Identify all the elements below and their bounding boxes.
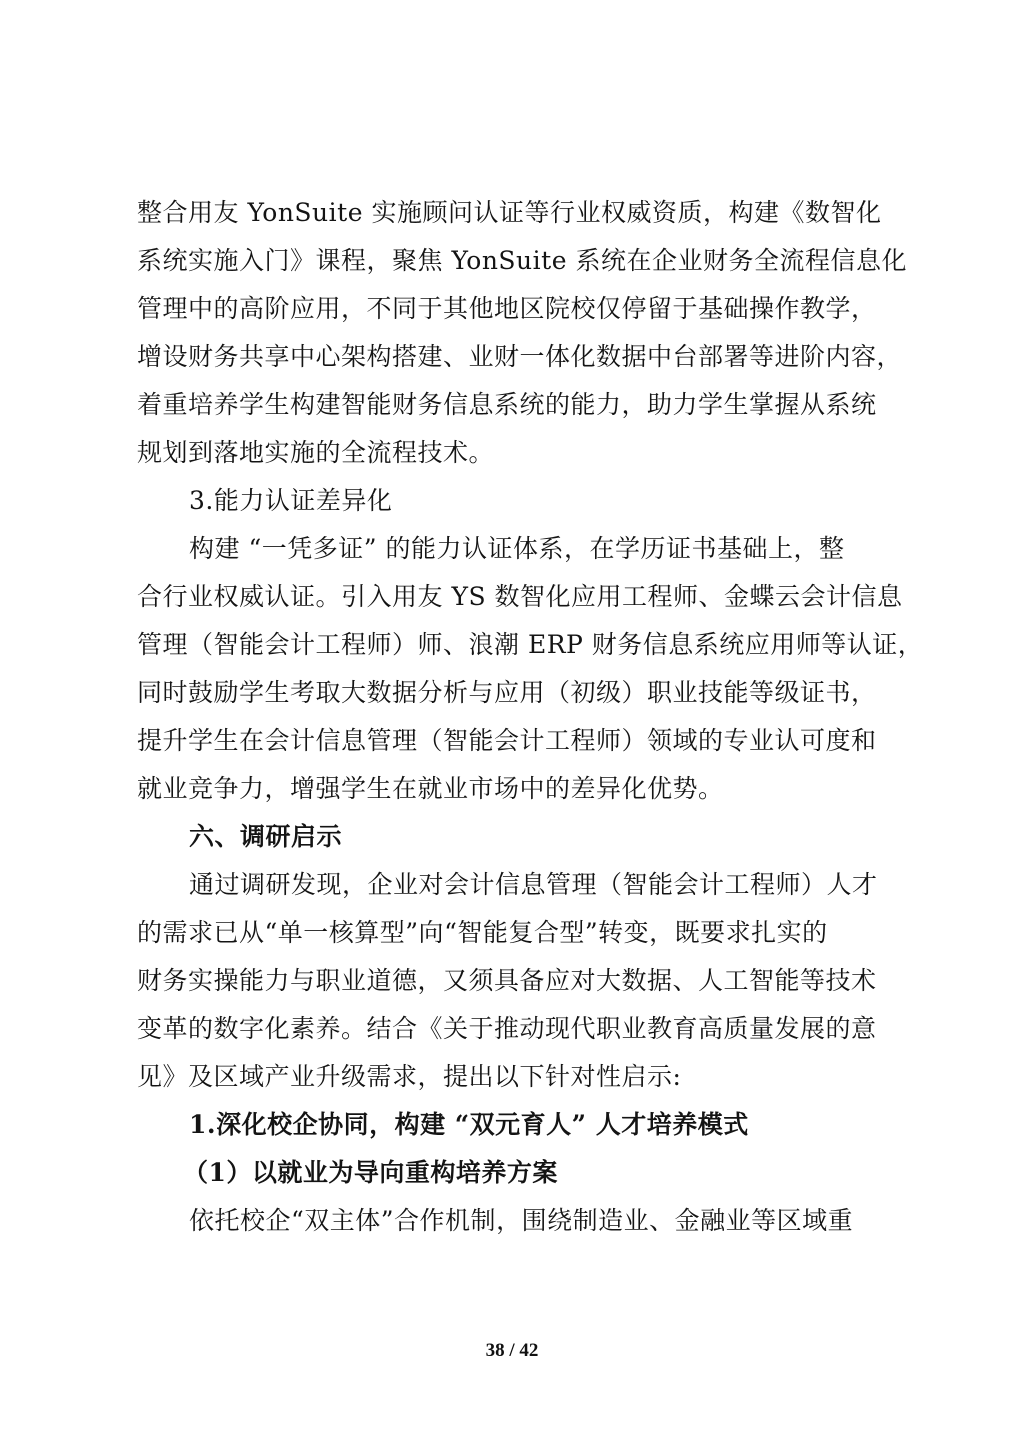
paragraph-line: 同时鼓励学生考取大数据分析与应用（初级）职业技能等级证书，: [137, 669, 897, 717]
paragraph-line: 着重培养学生构建智能财务信息系统的能力，助力学生掌握从系统: [137, 381, 897, 429]
paragraph-line: 见》及区域产业升级需求，提出以下针对性启示:: [137, 1053, 897, 1101]
paragraph-line: 构建 “一凭多证” 的能力认证体系，在学历证书基础上，整: [137, 525, 897, 573]
document-body: 整合用友 YonSuite 实施顾问认证等行业权威资质，构建《数智化 系统实施入…: [137, 189, 897, 1245]
document-page: 整合用友 YonSuite 实施顾问认证等行业权威资质，构建《数智化 系统实施入…: [0, 0, 1024, 1448]
paragraph-line: 的需求已从“单一核算型”向“智能复合型”转变，既要求扎实的: [137, 909, 897, 957]
subsection-heading: 1.深化校企协同，构建 “双元育人” 人才培养模式: [137, 1101, 897, 1149]
paragraph-line: 合行业权威认证。引入用友 YS 数智化应用工程师、金蝶云会计信息: [137, 573, 897, 621]
paragraph-line: 依托校企“双主体”合作机制，围绕制造业、金融业等区域重: [137, 1197, 897, 1245]
section-subheading: 3.能力认证差异化: [137, 477, 897, 525]
paragraph-line: 变革的数字化素养。结合《关于推动现代职业教育高质量发展的意: [137, 1005, 897, 1053]
paragraph-line: 财务实操能力与职业道德，又须具备应对大数据、人工智能等技术: [137, 957, 897, 1005]
section-heading: 六、调研启示: [137, 813, 897, 861]
paragraph-line: 管理（智能会计工程师）师、浪潮 ERP 财务信息系统应用师等认证，: [137, 621, 897, 669]
paragraph-line: 通过调研发现，企业对会计信息管理（智能会计工程师）人才: [137, 861, 897, 909]
paragraph-line: 提升学生在会计信息管理（智能会计工程师）领域的专业认可度和: [137, 717, 897, 765]
paragraph-line: 整合用友 YonSuite 实施顾问认证等行业权威资质，构建《数智化: [137, 189, 897, 237]
subsection-subheading: （1）以就业为导向重构培养方案: [137, 1149, 897, 1197]
paragraph-line: 规划到落地实施的全流程技术。: [137, 429, 897, 477]
paragraph-line: 管理中的高阶应用，不同于其他地区院校仅停留于基础操作教学，: [137, 285, 897, 333]
page-number: 38 / 42: [0, 1340, 1024, 1362]
paragraph-line: 就业竞争力，增强学生在就业市场中的差异化优势。: [137, 765, 897, 813]
paragraph-line: 增设财务共享中心架构搭建、业财一体化数据中台部署等进阶内容，: [137, 333, 897, 381]
paragraph-line: 系统实施入门》课程，聚焦 YonSuite 系统在企业财务全流程信息化: [137, 237, 897, 285]
